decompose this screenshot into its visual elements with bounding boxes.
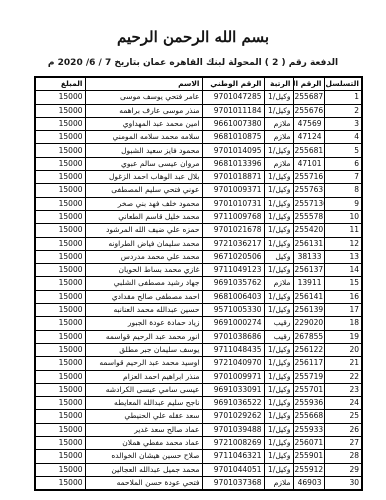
cell-serial: 18	[324, 317, 362, 330]
cell-military-no: 2557136	[293, 197, 324, 210]
cell-serial: 20	[324, 343, 362, 356]
header-amount: المبلغ	[35, 77, 85, 91]
cell-rank: وكيل/1	[264, 383, 293, 396]
cell-rank: ملازم	[264, 117, 293, 130]
cell-national-no: 9701044051	[202, 463, 264, 476]
table-row: 5255681وكيل/19701014095محمود فايز سعيد ا…	[35, 144, 362, 157]
cell-military-no: 256141	[293, 290, 324, 303]
cell-name: مروان عيسى سالم عبوي	[85, 157, 202, 170]
cell-national-no: 9711009768	[202, 210, 264, 223]
table-row: 8255763وكيل/19701009371عوني فتحي سليم ال…	[35, 184, 362, 197]
cell-rank: ملازم	[264, 157, 293, 170]
cell-rank: وكيل/1	[264, 450, 293, 463]
cell-military-no: 38133	[293, 250, 324, 263]
cell-amount: 15000	[35, 383, 85, 396]
cell-military-no: 256117	[293, 357, 324, 370]
table-row: 447124ملازم9681010875سلامه محمد سلامه ال…	[35, 131, 362, 144]
cell-amount: 15000	[35, 171, 85, 184]
cell-name: محمود خلف فهد بني صخر	[85, 197, 202, 210]
cell-military-no: 255668	[293, 410, 324, 423]
cell-rank: وكيل/1	[264, 210, 293, 223]
table-row: 2255676وكيل/19701011184منذر موسى عارف بر…	[35, 104, 362, 117]
table-row: 14256137وكيل/19711049123غازي محمد بساط ا…	[35, 264, 362, 277]
cell-name: منذر موسى عارف براهمه	[85, 104, 202, 117]
cell-name: حسين عبدالله محمد العنانبه	[85, 304, 202, 317]
table-row: 21256117وكيل/19721040970اوسيد محمد عبد ا…	[35, 357, 362, 370]
cell-serial: 12	[324, 237, 362, 250]
cell-national-no: 9701038686	[202, 330, 264, 343]
table-row: 27256071وكيل/19721008269عماد محمد مفطي ه…	[35, 437, 362, 450]
cell-military-no: 255933	[293, 423, 324, 436]
cell-serial: 14	[324, 264, 362, 277]
cell-national-no: 9701021678	[202, 224, 264, 237]
cell-amount: 15000	[35, 104, 85, 117]
table-row: 18229020رقيب9691000274زياد حمادة عودة ال…	[35, 317, 362, 330]
cell-amount: 15000	[35, 184, 85, 197]
cell-serial: 7	[324, 171, 362, 184]
cell-amount: 15000	[35, 304, 85, 317]
cell-rank: وكيل/1	[264, 197, 293, 210]
cell-name: فتحي عودة حسن الملاحمه	[85, 476, 202, 490]
table-row: 24255936وكيل/19691036522ناجح سليم عبدالل…	[35, 397, 362, 410]
cell-rank: وكيل	[264, 250, 293, 263]
cell-name: عوني فتحي سليم المصطفى	[85, 184, 202, 197]
header-name: الاسم	[85, 77, 202, 91]
cell-national-no: 9681006403	[202, 290, 264, 303]
cell-national-no: 9701010731	[202, 197, 264, 210]
cell-amount: 15000	[35, 423, 85, 436]
cell-national-no: 9691036522	[202, 397, 264, 410]
cell-amount: 15000	[35, 450, 85, 463]
cell-national-no: 9701029262	[202, 410, 264, 423]
cell-serial: 16	[324, 290, 362, 303]
cell-name: ناجح سليم عبدالله المعايطه	[85, 397, 202, 410]
table-body: 1255687وكيل/19701047285عامر فتحي يوسف مو…	[35, 91, 362, 490]
cell-military-no: 255716	[293, 171, 324, 184]
cell-national-no: 9701009371	[202, 184, 264, 197]
cell-name: انور محمد عبد الرحيم قواسمه	[85, 330, 202, 343]
cell-amount: 15000	[35, 476, 85, 490]
cell-rank: وكيل/1	[264, 237, 293, 250]
cell-serial: 3	[324, 117, 362, 130]
table-row: 29255912وكيل/19701044051محمد جميل عبدالل…	[35, 463, 362, 476]
table-row: 19267855رقيب9701038686انور محمد عبد الرح…	[35, 330, 362, 343]
cell-military-no: 256137	[293, 264, 324, 277]
cell-national-no: 9691033091	[202, 383, 264, 396]
cell-name: محمد علي محمد مدردس	[85, 250, 202, 263]
cell-name: محمد جميل عبدالله العجالين	[85, 463, 202, 476]
cell-amount: 15000	[35, 357, 85, 370]
cell-serial: 5	[324, 144, 362, 157]
cell-national-no: 9691000274	[202, 317, 264, 330]
basmala-title: بسم الله الرحمن الرحيم	[0, 28, 386, 46]
cell-rank: وكيل/1	[264, 410, 293, 423]
cell-amount: 15000	[35, 157, 85, 170]
cell-name: عماد محمد مفطي هملان	[85, 437, 202, 450]
cell-national-no: 9711048435	[202, 343, 264, 356]
cell-military-no: 255578	[293, 210, 324, 223]
table-row: 7255716وكيل/19701018871بلال عبد الوهاب ا…	[35, 171, 362, 184]
cell-military-no: 255901	[293, 450, 324, 463]
table-row: 347569ملازم9661007380امين محمد عبد المهد…	[35, 117, 362, 130]
cell-military-no: 255701	[293, 383, 324, 396]
cell-name: عامر فتحي يوسف موسى	[85, 91, 202, 104]
cell-national-no: 9711046321	[202, 450, 264, 463]
cell-name: احمد مصطفى صالح مقدادي	[85, 290, 202, 303]
cell-military-no: 46903	[293, 476, 324, 490]
header-military-no: الرقم العسكري	[293, 77, 324, 91]
cell-amount: 15000	[35, 463, 85, 476]
cell-name: يوسف سليمان جبر مطلق	[85, 343, 202, 356]
table-row: 17256139وكيل/19571005330حسين عبدالله محم…	[35, 304, 362, 317]
cell-military-no: 256122	[293, 343, 324, 356]
cell-serial: 26	[324, 423, 362, 436]
cell-rank: ملازم	[264, 476, 293, 490]
cell-serial: 10	[324, 210, 362, 223]
cell-rank: رقيب	[264, 330, 293, 343]
cell-military-no: 255936	[293, 397, 324, 410]
table-row: 25255668وكيل/19701029262سعد عقله علي الح…	[35, 410, 362, 423]
batch-title-line: الدفعة رقم ( 2 ) المحولة لبنك القاهره عم…	[0, 58, 386, 68]
cell-amount: 15000	[35, 370, 85, 383]
cell-rank: وكيل/1	[264, 144, 293, 157]
header-national-no: الرقم الوطني	[202, 77, 264, 91]
cell-military-no: 47101	[293, 157, 324, 170]
scanned-document-page: { "document": { "basmala": "بسم الله الر…	[0, 0, 386, 500]
payment-table: التسلسل الرقم العسكري الرتبة الرقم الوطن…	[34, 76, 363, 491]
cell-rank: وكيل/1	[264, 343, 293, 356]
table-row: 16256141وكيل/19681006403احمد مصطفى صالح …	[35, 290, 362, 303]
cell-military-no: 267855	[293, 330, 324, 343]
cell-serial: 24	[324, 397, 362, 410]
cell-serial: 22	[324, 370, 362, 383]
cell-serial: 9	[324, 197, 362, 210]
cell-military-no: 47569	[293, 117, 324, 130]
cell-amount: 15000	[35, 317, 85, 330]
table-header-row: التسلسل الرقم العسكري الرتبة الرقم الوطن…	[35, 77, 362, 91]
cell-military-no: 255676	[293, 104, 324, 117]
cell-military-no: 229020	[293, 317, 324, 330]
cell-name: جهاد رشيد مصطفى الشلبي	[85, 277, 202, 290]
cell-amount: 15000	[35, 250, 85, 263]
table-row: 22255719وكيل/19701009971منذر ابراهيم احم…	[35, 370, 362, 383]
cell-amount: 15000	[35, 91, 85, 104]
cell-military-no: 255420	[293, 224, 324, 237]
cell-rank: وكيل/1	[264, 171, 293, 184]
cell-name: غازي محمد بساط الحويان	[85, 264, 202, 277]
cell-national-no: 9711049123	[202, 264, 264, 277]
table-row: 92557136وكيل/19701010731محمود خلف فهد بن…	[35, 197, 362, 210]
cell-national-no: 9661007380	[202, 117, 264, 130]
cell-military-no: 255719	[293, 370, 324, 383]
cell-amount: 15000	[35, 330, 85, 343]
table-row: 12256131وكيل/19721036217محمد سليمان فياض…	[35, 237, 362, 250]
cell-serial: 4	[324, 131, 362, 144]
cell-serial: 13	[324, 250, 362, 263]
cell-national-no: 9701014095	[202, 144, 264, 157]
cell-name: سلامه محمد سلامه المومني	[85, 131, 202, 144]
cell-serial: 17	[324, 304, 362, 317]
cell-amount: 15000	[35, 210, 85, 223]
cell-serial: 21	[324, 357, 362, 370]
cell-national-no: 9701018871	[202, 171, 264, 184]
table-row: 647101ملازم9681013396مروان عيسى سالم عبو…	[35, 157, 362, 170]
cell-military-no: 13911	[293, 277, 324, 290]
cell-rank: وكيل/1	[264, 357, 293, 370]
cell-national-no: 9681013396	[202, 157, 264, 170]
cell-serial: 28	[324, 450, 362, 463]
cell-serial: 15	[324, 277, 362, 290]
cell-national-no: 9691035762	[202, 277, 264, 290]
cell-rank: وكيل/1	[264, 184, 293, 197]
cell-national-no: 9681010875	[202, 131, 264, 144]
cell-rank: وكيل/1	[264, 224, 293, 237]
cell-rank: رقيب	[264, 317, 293, 330]
cell-name: بلال عبد الوهاب احمد الزغول	[85, 171, 202, 184]
cell-name: منذر ابراهيم احمد العزام	[85, 370, 202, 383]
cell-national-no: 9701039488	[202, 423, 264, 436]
cell-amount: 15000	[35, 290, 85, 303]
cell-name: عيسى سامي عيسى الكرادشه	[85, 383, 202, 396]
cell-rank: وكيل/1	[264, 264, 293, 277]
cell-rank: وكيل/1	[264, 423, 293, 436]
cell-national-no: 9721040970	[202, 357, 264, 370]
table-row: 10255578وكيل/19711009768محمد خليل قاسم ا…	[35, 210, 362, 223]
header-rank: الرتبة	[264, 77, 293, 91]
cell-serial: 1	[324, 91, 362, 104]
cell-rank: وكيل/1	[264, 304, 293, 317]
cell-name: حمزه علي ضيف الله المرشود	[85, 224, 202, 237]
cell-amount: 15000	[35, 410, 85, 423]
cell-military-no: 255687	[293, 91, 324, 104]
cell-amount: 15000	[35, 237, 85, 250]
cell-rank: وكيل/1	[264, 104, 293, 117]
cell-name: صلاح حسين هيشان الخوالده	[85, 450, 202, 463]
cell-name: محمود فايز سعيد الشبول	[85, 144, 202, 157]
cell-rank: ملازم	[264, 131, 293, 144]
header-serial: التسلسل	[324, 77, 362, 91]
table-row: 1255687وكيل/19701047285عامر فتحي يوسف مو…	[35, 91, 362, 104]
cell-rank: وكيل/1	[264, 91, 293, 104]
cell-amount: 15000	[35, 197, 85, 210]
cell-name: اوسيد محمد عبد الرحيم قواسمه	[85, 357, 202, 370]
cell-national-no: 9701009971	[202, 370, 264, 383]
cell-national-no: 9721036217	[202, 237, 264, 250]
cell-name: محمد سليمان فياض الطراونه	[85, 237, 202, 250]
cell-national-no: 9571005330	[202, 304, 264, 317]
cell-national-no: 9701011184	[202, 104, 264, 117]
table-row: 1513911ملازم9691035762جهاد رشيد مصطفى ال…	[35, 277, 362, 290]
cell-military-no: 255681	[293, 144, 324, 157]
cell-amount: 15000	[35, 224, 85, 237]
table-row: 3046903ملازم9701037368فتحي عودة حسن المل…	[35, 476, 362, 490]
cell-amount: 15000	[35, 437, 85, 450]
cell-military-no: 47124	[293, 131, 324, 144]
cell-name: امين محمد عبد المهداوي	[85, 117, 202, 130]
table-row: 20256122وكيل/19711048435يوسف سليمان جبر …	[35, 343, 362, 356]
cell-serial: 2	[324, 104, 362, 117]
cell-amount: 15000	[35, 397, 85, 410]
cell-military-no: 255763	[293, 184, 324, 197]
table-row: 1338133وكيل9671020506محمد علي محمد مدردس…	[35, 250, 362, 263]
cell-military-no: 256071	[293, 437, 324, 450]
cell-rank: وكيل/1	[264, 397, 293, 410]
cell-rank: وكيل/1	[264, 463, 293, 476]
cell-national-no: 9701037368	[202, 476, 264, 490]
cell-military-no: 256131	[293, 237, 324, 250]
cell-name: محمد خليل قاسم الطعاني	[85, 210, 202, 223]
cell-serial: 25	[324, 410, 362, 423]
cell-rank: وكيل/1	[264, 290, 293, 303]
cell-national-no: 9721008269	[202, 437, 264, 450]
table-row: 23255701وكيل/19691033091عيسى سامي عيسى ا…	[35, 383, 362, 396]
cell-name: زياد حمادة عودة الجبور	[85, 317, 202, 330]
cell-amount: 15000	[35, 131, 85, 144]
cell-serial: 23	[324, 383, 362, 396]
cell-amount: 15000	[35, 277, 85, 290]
cell-amount: 15000	[35, 343, 85, 356]
cell-name: سعد عقله علي الحنيطي	[85, 410, 202, 423]
cell-serial: 29	[324, 463, 362, 476]
cell-military-no: 255912	[293, 463, 324, 476]
cell-serial: 11	[324, 224, 362, 237]
cell-national-no: 9701047285	[202, 91, 264, 104]
cell-serial: 27	[324, 437, 362, 450]
cell-name: عماد صالح سعد غدير	[85, 423, 202, 436]
cell-national-no: 9671020506	[202, 250, 264, 263]
table-row: 28255901وكيل/19711046321صلاح حسين هيشان …	[35, 450, 362, 463]
table-row: 11255420وكيل/19701021678حمزه علي ضيف الل…	[35, 224, 362, 237]
cell-amount: 15000	[35, 264, 85, 277]
cell-military-no: 256139	[293, 304, 324, 317]
cell-serial: 19	[324, 330, 362, 343]
cell-rank: ملازم	[264, 277, 293, 290]
cell-amount: 15000	[35, 117, 85, 130]
cell-serial: 8	[324, 184, 362, 197]
cell-rank: وكيل/1	[264, 437, 293, 450]
cell-serial: 6	[324, 157, 362, 170]
cell-rank: وكيل/1	[264, 370, 293, 383]
cell-amount: 15000	[35, 144, 85, 157]
cell-serial: 30	[324, 476, 362, 490]
table-row: 26255933وكيل/19701039488عماد صالح سعد غد…	[35, 423, 362, 436]
